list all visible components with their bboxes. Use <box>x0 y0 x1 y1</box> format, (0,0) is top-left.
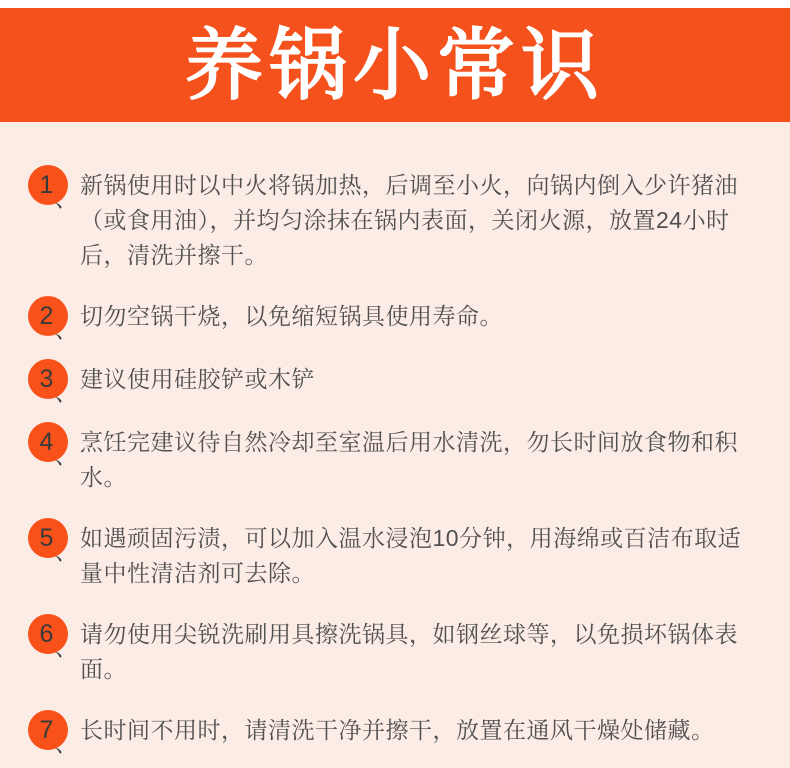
tip-item: 3 、 建议使用硅胶铲或木铲 <box>28 362 758 399</box>
tip-text: 新锅使用时以中火将锅加热，后调至小火，向锅内倒入少许猪油（或食用油），并均匀涂抹… <box>80 168 758 273</box>
tip-number-badge: 3 、 <box>28 359 68 399</box>
tip-separator: 、 <box>55 734 77 756</box>
tip-text: 如遇顽固污渍，可以加入温水浸泡10分钟，用海绵或百洁布取适量中性清洁剂可去除。 <box>80 521 758 591</box>
tip-text: 建议使用硅胶铲或木铲 <box>80 362 315 397</box>
tip-separator: 、 <box>55 446 77 468</box>
tip-text: 长时间不用时，请清洗干净并擦干，放置在通风干燥处储藏。 <box>80 713 715 748</box>
tip-text: 请勿使用尖锐洗刷用具擦洗锅具，如钢丝球等，以免损坏锅体表面。 <box>80 617 758 687</box>
tip-number: 3 <box>40 367 57 392</box>
tip-item: 2 、 切勿空锅干烧，以免缩短锅具使用寿命。 <box>28 299 758 336</box>
tip-separator: 、 <box>55 638 77 660</box>
tip-separator: 、 <box>55 383 77 405</box>
tip-text: 切勿空锅干烧，以免缩短锅具使用寿命。 <box>80 299 503 334</box>
title-banner: 养锅小常识 <box>0 8 790 122</box>
tip-number: 6 <box>40 622 57 647</box>
tip-number-badge: 4 、 <box>28 422 68 462</box>
tip-number-badge: 2 、 <box>28 296 68 336</box>
tip-number: 7 <box>40 718 57 743</box>
tip-text: 烹饪完建议待自然冷却至室温后用水清洗，勿长时间放食物和积水。 <box>80 425 758 495</box>
tip-item: 5 、 如遇顽固污渍，可以加入温水浸泡10分钟，用海绵或百洁布取适量中性清洁剂可… <box>28 521 758 591</box>
pot-care-infographic: 养锅小常识 1 、 新锅使用时以中火将锅加热，后调至小火，向锅内倒入少许猪油（或… <box>0 0 790 768</box>
tip-number: 2 <box>40 304 57 329</box>
tip-number: 4 <box>40 430 57 455</box>
tip-item: 1 、 新锅使用时以中火将锅加热，后调至小火，向锅内倒入少许猪油（或食用油），并… <box>28 168 758 273</box>
tip-item: 6 、 请勿使用尖锐洗刷用具擦洗锅具，如钢丝球等，以免损坏锅体表面。 <box>28 617 758 687</box>
tip-number-badge: 1 、 <box>28 165 68 205</box>
top-white-strip <box>0 0 790 8</box>
tip-item: 4 、 烹饪完建议待自然冷却至室温后用水清洗，勿长时间放食物和积水。 <box>28 425 758 495</box>
tips-list: 1 、 新锅使用时以中火将锅加热，后调至小火，向锅内倒入少许猪油（或食用油），并… <box>0 122 790 750</box>
page-title: 养锅小常识 <box>185 26 605 104</box>
tip-separator: 、 <box>55 542 77 564</box>
tip-item: 7 、 长时间不用时，请清洗干净并擦干，放置在通风干燥处储藏。 <box>28 713 758 750</box>
tip-number: 5 <box>40 526 57 551</box>
tip-separator: 、 <box>55 189 77 211</box>
tip-number-badge: 5 、 <box>28 518 68 558</box>
tip-number: 1 <box>40 173 57 198</box>
tip-separator: 、 <box>55 320 77 342</box>
tip-number-badge: 7 、 <box>28 710 68 750</box>
tip-number-badge: 6 、 <box>28 614 68 654</box>
